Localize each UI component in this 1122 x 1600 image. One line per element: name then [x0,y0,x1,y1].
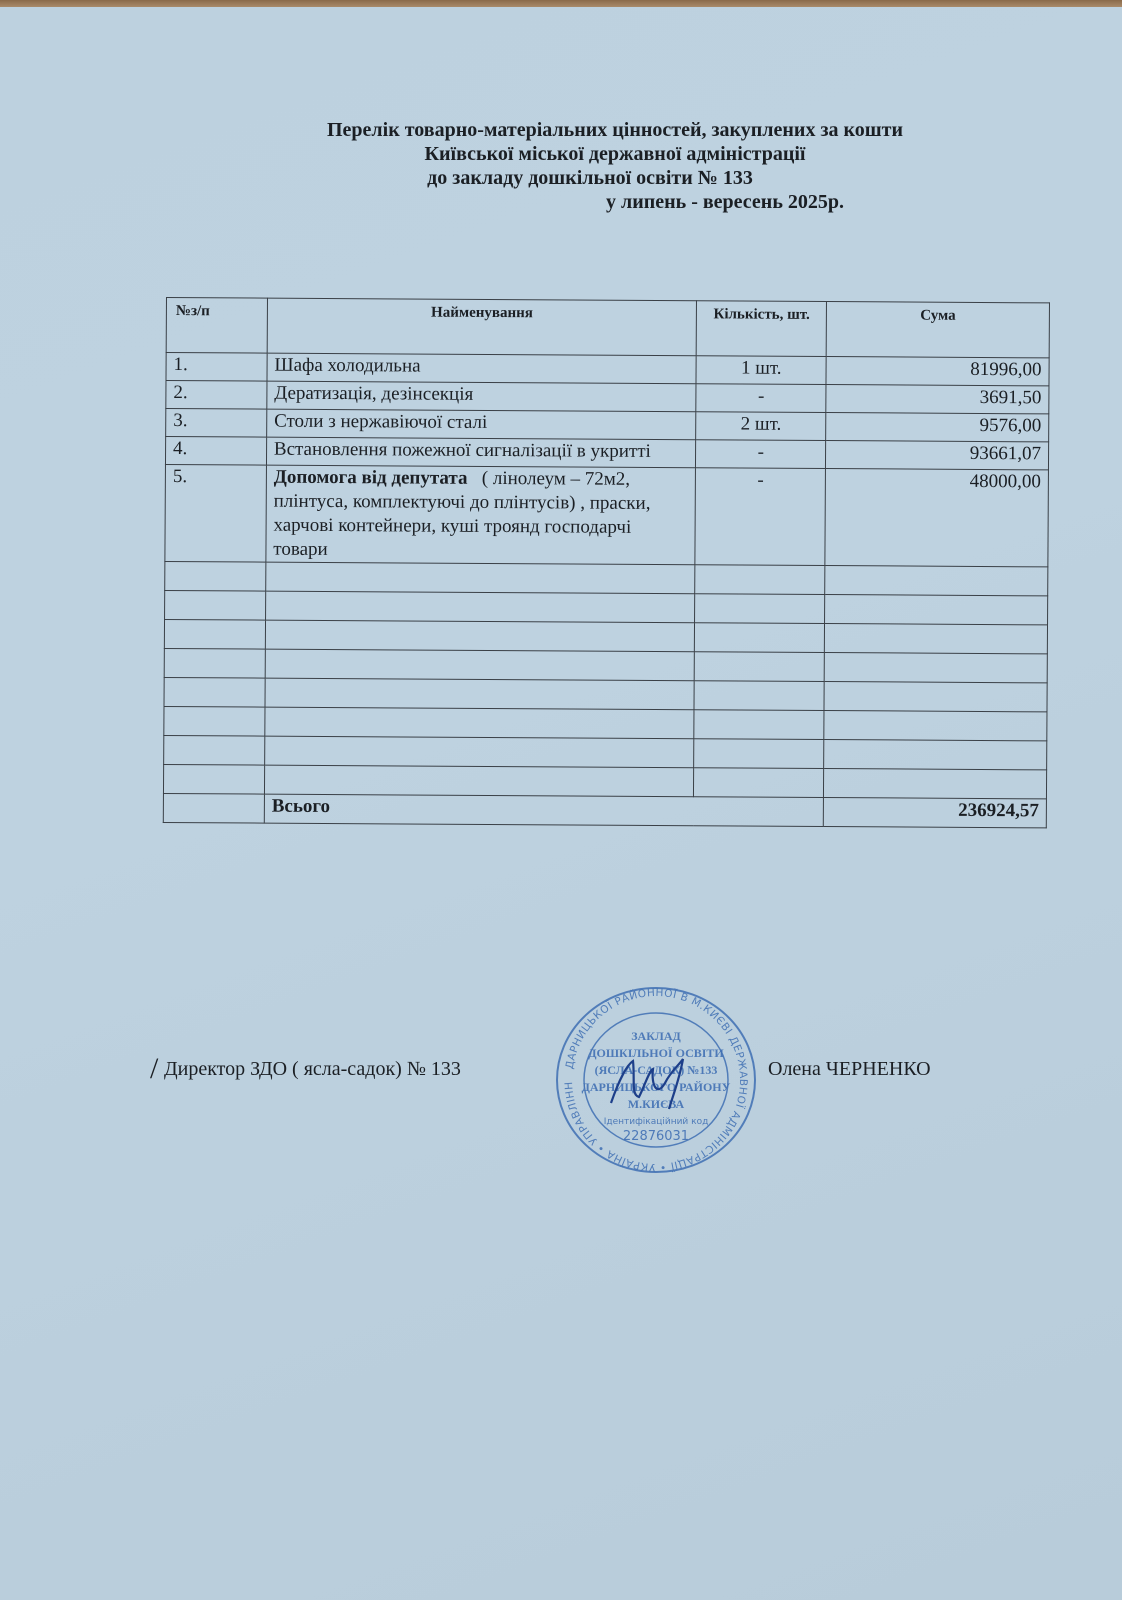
item-qty: - [695,468,825,566]
empty-cell [825,624,1048,654]
header-name: Найменування [267,298,697,356]
empty-cell [265,591,695,623]
item-sum: 81996,00 [826,357,1049,386]
total-empty-cell [163,793,264,823]
table-header-row: №з/п Найменування Кількість, шт. Сума [166,298,1049,358]
header-qty: Кількість, шт. [696,301,826,357]
header-sum: Сума [826,302,1049,358]
official-stamp: ДАРНИЦЬКОЇ РАЙОННОЇ В М.КИЄВІ ДЕРЖАВНОЇ … [553,985,759,1175]
total-row: Всього236924,57 [163,793,1046,827]
empty-cell [695,623,825,653]
item-sum: 48000,00 [825,469,1048,567]
item-num: 4. [165,437,266,466]
document-title: Перелік товарно-матеріальних цінностей, … [200,118,1000,214]
item-sum: 3691,50 [826,385,1049,414]
empty-cell [265,620,695,652]
item-name: Встановлення пожежної сигналізації в укр… [274,439,651,462]
item-sum: 93661,07 [826,441,1049,470]
empty-cell [694,768,824,798]
empty-cell [824,682,1047,712]
item-num: 3. [166,409,267,438]
total-sum: 236924,57 [823,798,1046,828]
header-num: №з/п [166,298,267,354]
empty-cell [695,565,825,595]
empty-cell [164,706,265,736]
title-line-2: Київської міської державної адміністраці… [230,142,1000,166]
item-name: Шафа холодильна [274,355,420,377]
svg-text:ДОШКІЛЬНОЇ ОСВІТИ: ДОШКІЛЬНОЇ ОСВІТИ [588,1046,724,1060]
item-qty: - [696,440,826,469]
empty-cell [694,739,824,769]
item-num: 5. [165,464,266,562]
empty-cell [694,652,824,682]
empty-cell [265,736,695,768]
title-line-3: до закладу дошкільної освіти № 133 [180,166,1000,190]
empty-cell [266,562,696,594]
empty-cell [165,590,266,620]
empty-cell [825,566,1048,596]
table-body: 1.Шафа холодильна1 шт.81996,002.Дератиза… [163,353,1049,828]
signature-mark: / [150,1052,158,1086]
title-line-4: у липень - вересень 2025р. [450,190,1000,214]
item-qty: 2 шт. [696,412,826,441]
empty-cell [824,711,1047,741]
item-sum: 9576,00 [826,413,1049,442]
empty-cell [824,653,1047,683]
item-name-cell: Допомога від депутата ( лінолеум – 72м2,… [266,465,696,565]
empty-cell [695,594,825,624]
svg-text:(ЯСЛА-САДОК) №133: (ЯСЛА-САДОК) №133 [595,1063,718,1077]
item-qty: 1 шт. [696,356,826,385]
empty-cell [265,678,695,710]
empty-cell [164,677,265,707]
empty-cell [824,769,1047,799]
item-name: Дератизація, дезінсекція [274,383,473,405]
item-name-cell: Столи з нержавіючої сталі [267,409,697,440]
title-line-1: Перелік товарно-матеріальних цінностей, … [230,118,1000,142]
empty-cell [164,648,265,678]
empty-cell [163,764,264,794]
table-row: 5.Допомога від депутата ( лінолеум – 72м… [165,464,1049,566]
empty-cell [694,710,824,740]
svg-text:22876031: 22876031 [623,1129,689,1144]
empty-cell [694,681,824,711]
empty-cell [164,619,265,649]
empty-cell [264,765,694,797]
item-num: 2. [166,381,267,410]
total-label: Всього [264,794,823,826]
empty-cell [825,595,1048,625]
desk-edge [0,0,1122,7]
items-table: №з/п Найменування Кількість, шт. Сума 1.… [163,297,1050,828]
empty-cell [165,561,266,591]
empty-cell [265,649,695,681]
signatory-name: Олена ЧЕРНЕНКО [768,1058,931,1081]
empty-cell [265,707,695,739]
svg-text:ЗАКЛАД: ЗАКЛАД [631,1029,681,1043]
item-name-cell: Шафа холодильна [267,353,697,384]
empty-cell [164,735,265,765]
svg-text:М.КИЄВА: М.КИЄВА [628,1097,685,1111]
signatory-role: Директор ЗДО ( ясла-садок) № 133 [164,1058,461,1081]
item-name-cell: Встановлення пожежної сигналізації в укр… [266,437,696,468]
item-name-bold: Допомога від депутата [274,467,468,489]
svg-text:Ідентифікаційний код: Ідентифікаційний код [604,1117,709,1127]
empty-cell [824,740,1047,770]
item-name-cell: Дератизація, дезінсекція [267,381,697,412]
item-name: Столи з нержавіючої сталі [274,411,487,433]
item-qty: - [696,384,826,413]
item-num: 1. [166,353,267,382]
